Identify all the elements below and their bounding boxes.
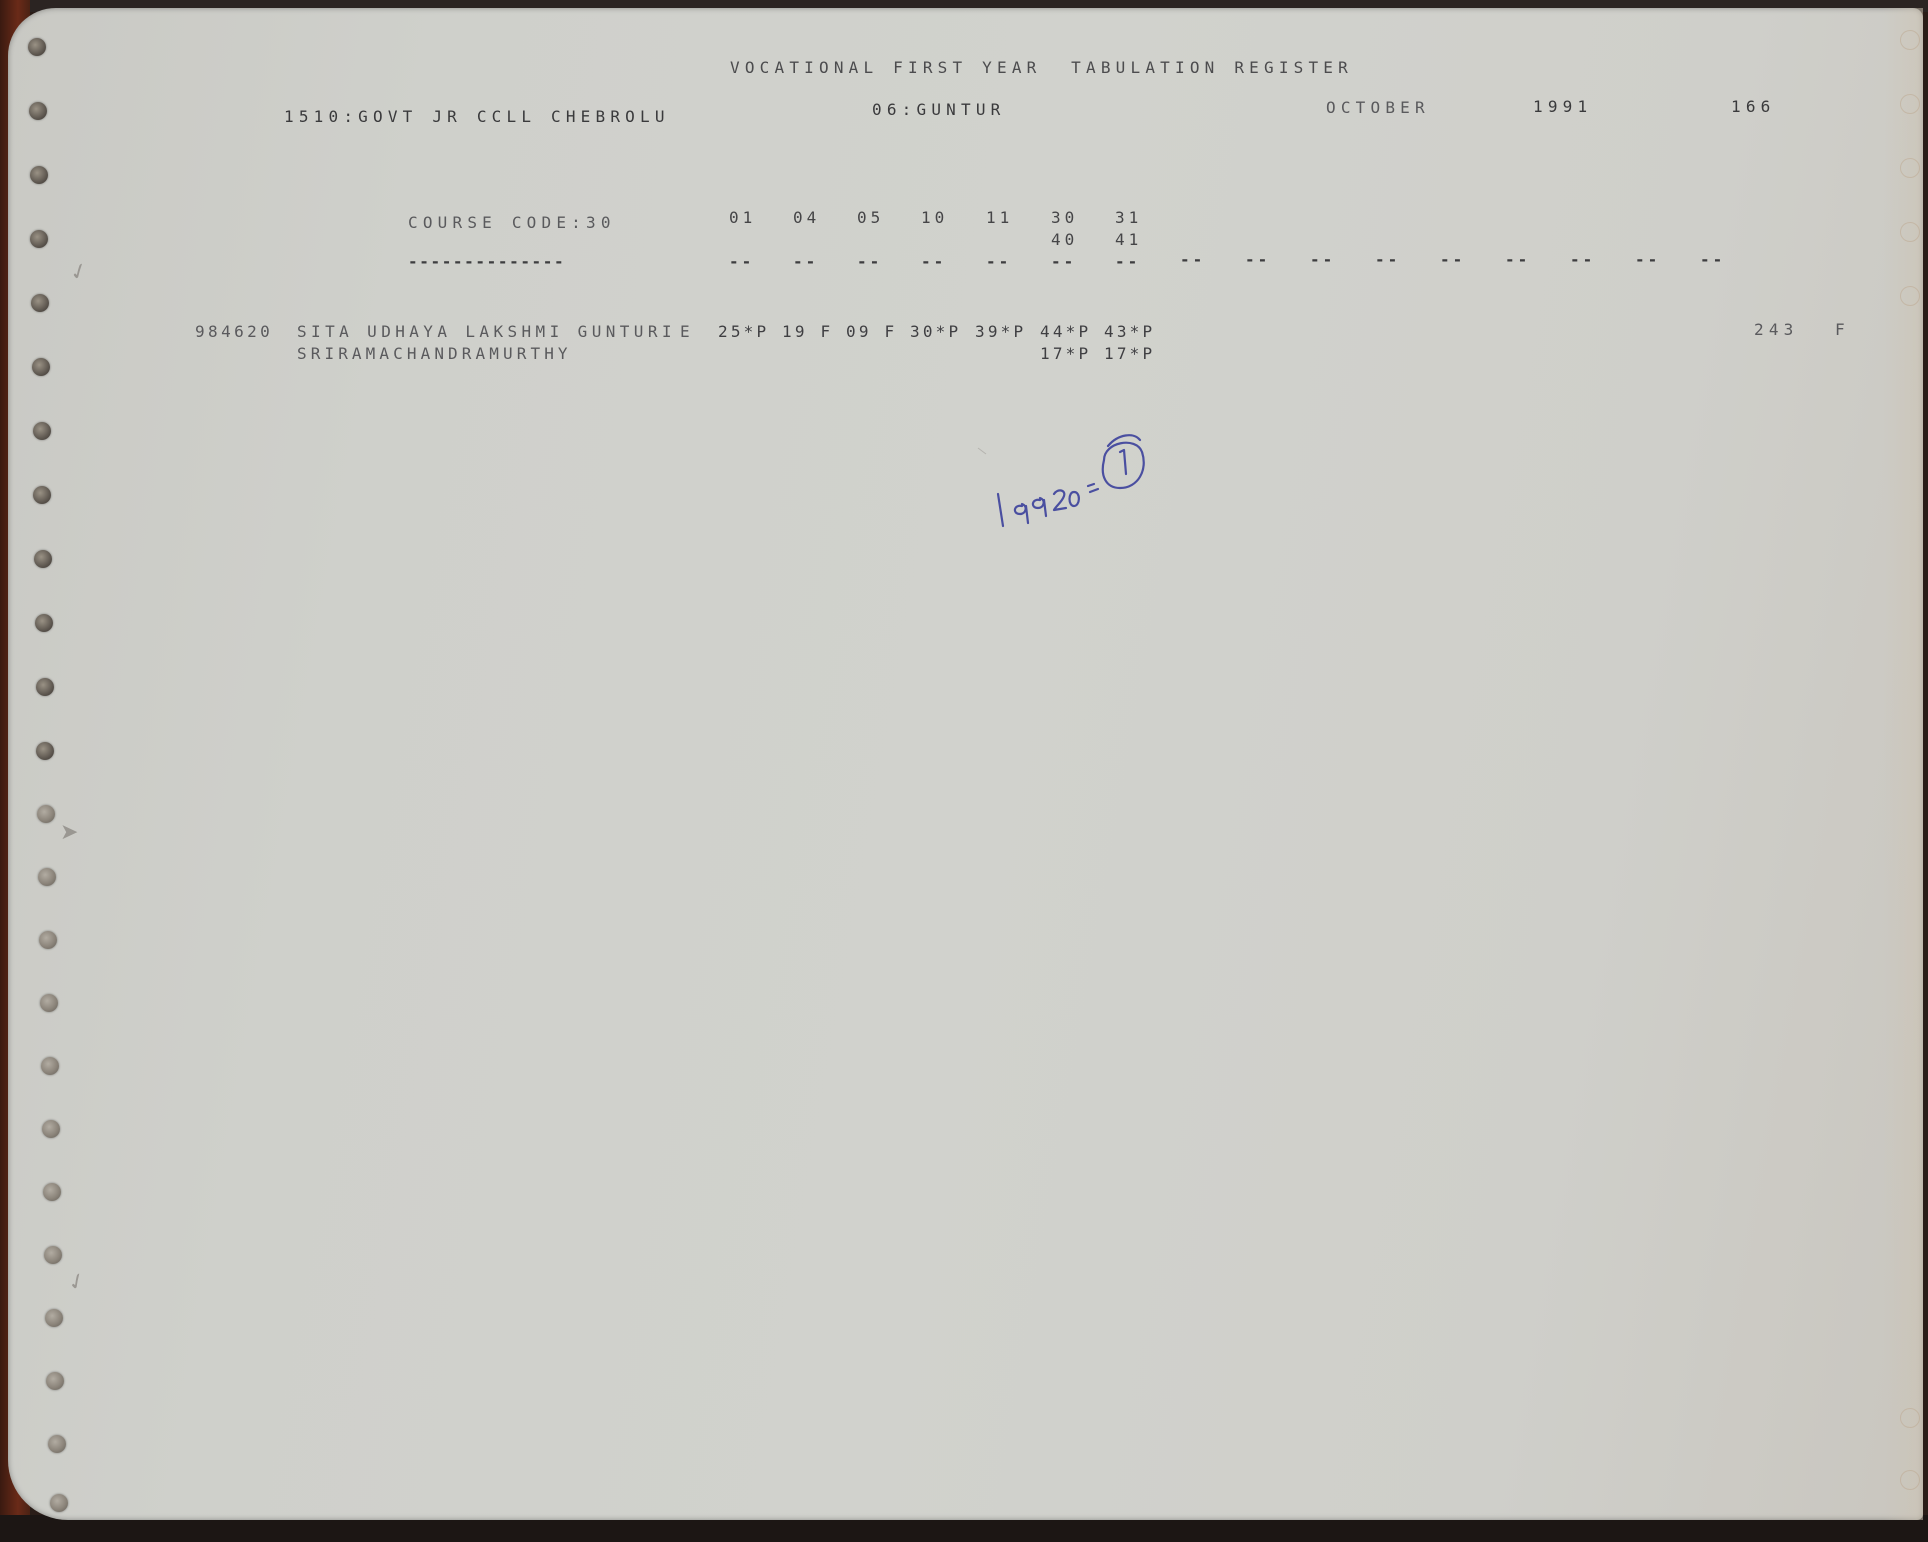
ghost-hole-icon [1900,1408,1920,1428]
column-dash: -- [729,254,754,270]
register-title: VOCATIONAL FIRST YEAR TABULATION REGISTE… [730,60,1353,76]
column-dash: -- [1115,254,1140,270]
feed-hole-icon [45,1309,63,1327]
college-name: 1510:GOVT JR CCLL CHEBROLU [284,109,670,125]
ghost-hole-icon [1900,94,1920,114]
column-dash: -- [1310,252,1335,268]
feed-hole-icon [41,1057,59,1075]
feed-hole-icon [43,1183,61,1201]
column-dash: -- [1505,252,1530,268]
ghost-hole-icon [1900,222,1920,242]
total-marks: 243 [1754,322,1799,338]
subject-code: 30 [1051,210,1078,226]
feed-hole-icon [38,868,56,886]
feed-hole-icon [50,1494,68,1512]
feed-hole-icon [37,805,55,823]
subject-mark: 19 F [782,324,833,340]
page-number: 166 [1731,99,1776,115]
feed-hole-icon [36,678,54,696]
medium-code: E [680,324,695,340]
subject-mark: 09 F [846,324,897,340]
column-dash: -- [793,254,818,270]
subject-mark: 17*P [1104,346,1155,362]
feed-hole-icon [36,742,54,760]
ghost-hole-icon [1900,158,1920,178]
subject-mark: 39*P [975,324,1026,340]
subject-code: 04 [793,210,820,226]
feed-hole-icon [48,1435,66,1453]
subject-code: 10 [921,210,948,226]
column-dash: -- [1245,252,1270,268]
stray-tick-mark-icon: ✓ [66,258,92,288]
column-dash: -- [1051,254,1076,270]
stray-arrow-mark-icon: ➤ [60,820,78,845]
feed-hole-icon [30,230,48,248]
feed-hole-icon [30,166,48,184]
course-code-underline: -------------- [408,254,565,270]
course-code-label: COURSE CODE:30 [408,215,616,231]
feed-hole-icon [46,1372,64,1390]
column-dash: -- [857,254,882,270]
ghost-hole-icon [1900,30,1920,50]
stray-tick-mark-icon: ✓ [64,1267,91,1297]
ghost-hole-icon [1900,1470,1920,1490]
column-dash: -- [1700,252,1725,268]
subject-code: 05 [857,210,884,226]
subject-mark: 25*P [718,324,769,340]
feed-hole-icon [28,38,46,56]
column-dash: -- [986,254,1011,270]
subject-mark: 17*P [1040,346,1091,362]
subject-mark: 43*P [1104,324,1155,340]
exam-month: OCTOBER [1326,100,1430,116]
feed-hole-icon [31,294,49,312]
subject-mark: 44*P [1040,324,1091,340]
column-dash: -- [1375,252,1400,268]
district-name: 06:GUNTUR [872,102,1006,118]
column-dash: -- [1440,252,1465,268]
feed-hole-icon [32,358,50,376]
subject-mark: 30*P [910,324,961,340]
result-status: F [1835,322,1850,338]
column-dash: -- [1635,252,1660,268]
handwritten-annotation [968,426,1168,536]
feed-hole-icon [40,994,58,1012]
feed-hole-icon [42,1120,60,1138]
ghost-hole-icon [1900,286,1920,306]
feed-hole-icon [39,931,57,949]
subject-code: 01 [729,210,756,226]
column-dash: -- [921,254,946,270]
feed-hole-icon [34,550,52,568]
column-dash: -- [1180,252,1205,268]
exam-year: 1991 [1533,99,1592,115]
feed-hole-icon [35,614,53,632]
subject-code: 11 [986,210,1013,226]
student-name-line2: SRIRAMACHANDRAMURTHY [297,346,572,362]
printout-sheet: ✓ ➤ ✓ VOCATIONAL FIRST YEAR TABULATION R… [8,8,1923,1520]
feed-hole-icon [33,486,51,504]
feed-hole-icon [44,1246,62,1264]
hall-ticket-number: 984620 [195,324,273,340]
handwritten-digit-1 [998,494,1003,526]
feed-hole-icon [29,102,47,120]
subject-code: 41 [1115,232,1142,248]
subject-code: 31 [1115,210,1142,226]
student-name-line1: SITA UDHAYA LAKSHMI GUNTURI [297,324,676,340]
column-dash: -- [1570,252,1595,268]
subject-code: 40 [1051,232,1078,248]
feed-hole-icon [33,422,51,440]
